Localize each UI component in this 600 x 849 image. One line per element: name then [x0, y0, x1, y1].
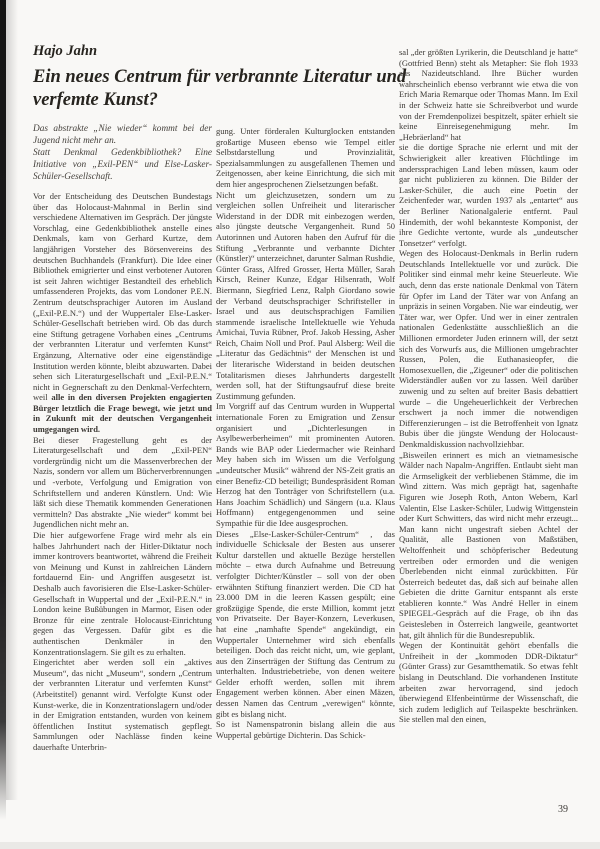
bold-text-run: alle in den diversen Projekten engagiert… — [33, 392, 212, 434]
text-column-1: Vor der Entscheidung des Deutschen Bunde… — [33, 191, 212, 752]
book-binding-soft-shadow — [6, 0, 18, 800]
lead-line-1: Das abstrakte „Nie wieder“ kommt bei der… — [33, 123, 212, 147]
paragraph: Wegen der Kontinuität gehört ebenfalls d… — [399, 640, 578, 725]
text-run: So ist Namenspatronin bislang allein die… — [216, 719, 395, 740]
paragraph: Wegen des Holocaust-Denkmals in Berlin r… — [399, 248, 578, 449]
text-run: Eingerichtet aber werden soll ein „aktiv… — [33, 657, 212, 752]
text-run: Wegen des Holocaust-Denkmals in Berlin r… — [399, 248, 578, 449]
text-run: sie die dortige Sprache nie erlernt und … — [399, 142, 578, 247]
paragraph: „Bisweilen erinnert es mich an vietnames… — [399, 450, 578, 641]
text-run: sal „der größten Lyrikerin, die Deutschl… — [399, 47, 578, 142]
page-number: 39 — [399, 804, 568, 815]
lead-line-2: Statt Denkmal Gedenkbibliothek? Eine Ini… — [33, 147, 212, 183]
text-run: Die hier aufgeworfene Frage wird mehr al… — [33, 530, 212, 657]
text-run: Wegen der Kontinuität gehört ebenfalls d… — [399, 640, 578, 724]
paragraph: Die hier aufgeworfene Frage wird mehr al… — [33, 530, 212, 657]
paragraph: Im Vorgriff auf das Centrum wurden in Wu… — [216, 401, 395, 528]
text-run: Bei dieser Fragestellung geht es der Lit… — [33, 435, 212, 530]
text-run: gung. Unter förderalen Kulturglocken ent… — [216, 126, 395, 189]
article-author: Hajo Jahn — [33, 43, 409, 60]
paragraph: gung. Unter förderalen Kulturglocken ent… — [216, 126, 395, 190]
paragraph: Bei dieser Fragestellung geht es der Lit… — [33, 435, 212, 530]
text-run: Nicht um gleichzusetzen, sondern um zu v… — [216, 190, 395, 401]
scan-bottom-edge — [0, 842, 600, 849]
paragraph: Eingerichtet aber werden soll ein „aktiv… — [33, 657, 212, 752]
paragraph: Vor der Entscheidung des Deutschen Bunde… — [33, 191, 212, 435]
paragraph: So ist Namenspatronin bislang allein die… — [216, 719, 395, 740]
paragraph: Nicht um gleichzusetzen, sondern um zu v… — [216, 190, 395, 402]
article-lead: Das abstrakte „Nie wieder“ kommt bei der… — [33, 123, 212, 183]
article-title: Ein neues Centrum für verbrannte Literat… — [33, 66, 411, 111]
text-column-3: sal „der größten Lyrikerin, die Deutschl… — [399, 47, 578, 725]
text-run: „Bisweilen erinnert es mich an vietnames… — [399, 450, 578, 640]
scanned-journal-page: { "page": { "number": "39" }, "header": … — [0, 0, 600, 849]
text-run: Vor der Entscheidung des Deutschen Bunde… — [33, 191, 212, 402]
paragraph: sal „der größten Lyrikerin, die Deutschl… — [399, 47, 578, 142]
text-column-2: gung. Unter förderalen Kulturglocken ent… — [216, 126, 395, 740]
text-run: Dieses „Else-Lasker-Schüler-Centrum“ , d… — [216, 529, 395, 719]
text-run: Im Vorgriff auf das Centrum wurden in Wu… — [216, 401, 395, 528]
paragraph: Dieses „Else-Lasker-Schüler-Centrum“ , d… — [216, 529, 395, 720]
paragraph: sie die dortige Sprache nie erlernt und … — [399, 142, 578, 248]
